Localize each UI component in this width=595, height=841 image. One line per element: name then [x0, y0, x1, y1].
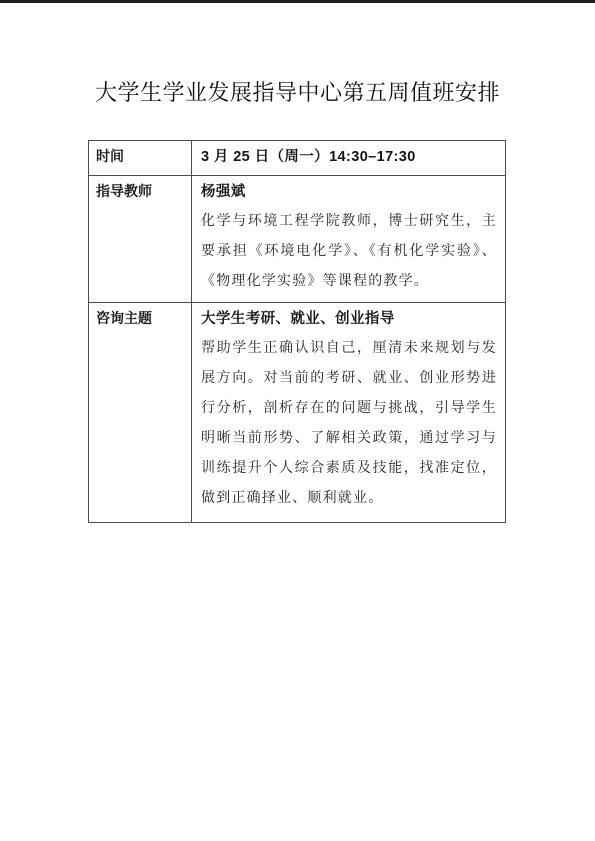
row-label-time: 时间	[89, 141, 192, 176]
page-top-border	[0, 0, 595, 3]
topic-description: 帮助学生正确认识自己，厘清未来规划与发展方向。对当前的考研、就业、创业形势进行分…	[201, 334, 497, 514]
row-label-teacher: 指导教师	[89, 176, 192, 303]
page-title: 大学生学业发展指导中心第五周值班安排	[0, 76, 595, 107]
row-content-teacher: 杨强斌 化学与环境工程学院教师，博士研究生，主要承担《环境电化学》、《有机化学实…	[192, 176, 506, 303]
duty-schedule-table: 时间 3 月 25 日（周一）14:30–17:30 指导教师 杨强斌 化学与环…	[88, 140, 506, 523]
topic-title: 大学生考研、就业、创业指导	[201, 304, 497, 334]
teacher-description: 化学与环境工程学院教师，博士研究生，主要承担《环境电化学》、《有机化学实验》、《…	[201, 207, 497, 297]
row-content-topic: 大学生考研、就业、创业指导 帮助学生正确认识自己，厘清未来规划与发展方向。对当前…	[192, 303, 506, 523]
row-label-topic: 咨询主题	[89, 303, 192, 523]
time-value: 3 月 25 日（周一）14:30–17:30	[201, 142, 497, 172]
table-row-time: 时间 3 月 25 日（周一）14:30–17:30	[89, 141, 506, 176]
row-content-time: 3 月 25 日（周一）14:30–17:30	[192, 141, 506, 176]
document-page: 大学生学业发展指导中心第五周值班安排 时间 3 月 25 日（周一）14:30–…	[0, 0, 595, 841]
table-row-topic: 咨询主题 大学生考研、就业、创业指导 帮助学生正确认识自己，厘清未来规划与发展方…	[89, 303, 506, 523]
teacher-name: 杨强斌	[201, 177, 497, 207]
table-row-teacher: 指导教师 杨强斌 化学与环境工程学院教师，博士研究生，主要承担《环境电化学》、《…	[89, 176, 506, 303]
